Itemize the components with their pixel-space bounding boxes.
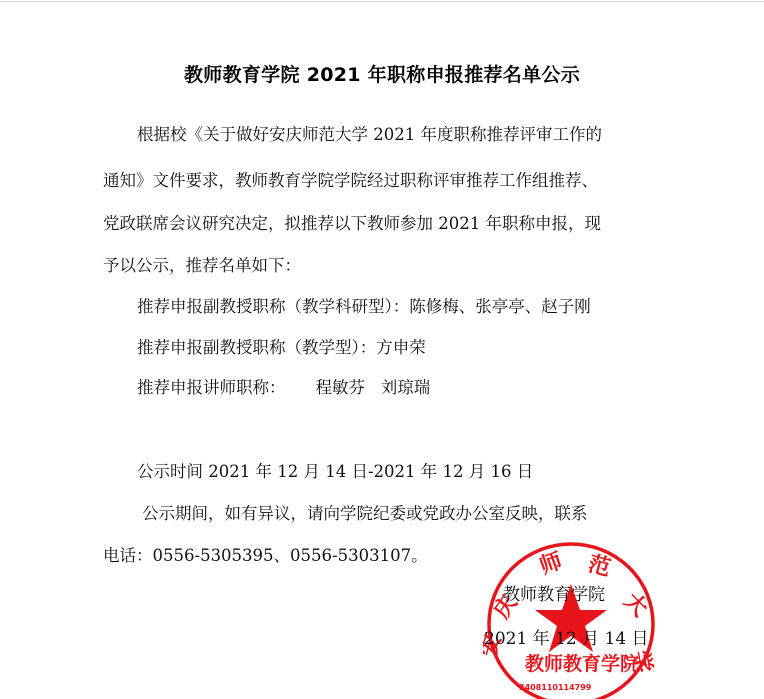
signature-date: 2021 年 12 月 14 日 [484,624,649,649]
contact-line-1: 公示期间，如有异议，请向学院纪委或党政办公室反映，联系 [142,500,588,524]
document-title: 教师教育学院 2021 年职称申报推荐名单公示 [0,60,764,87]
recommendation-category: 推荐申报讲师职称： [137,378,286,397]
official-seal-stamp: 庆 师 范 大 安 学 教师教育学院 3408110114799 [483,540,659,699]
publicity-period: 公示时间 2021 年 12 月 14 日-2021 年 12 月 16 日 [137,458,533,482]
intro-line-2: 通知》文件要求，教师教育学院学院经过职称评审推荐工作组推荐、 [103,167,598,191]
page-top-border [0,1,764,2]
recommendation-row-1: 推荐申报副教授职称（教学科研型）：陈修梅、张亭亭、赵子刚 [137,293,591,317]
recommendation-row-3: 推荐申报讲师职称：程敏芬 刘琼瑞 [137,374,430,398]
recommendation-row-2: 推荐申报副教授职称（教学型）：方申荣 [137,334,426,358]
recommendation-names: 陈修梅、张亭亭、赵子刚 [409,297,591,316]
svg-text:教师教育学院: 教师教育学院 [525,652,639,675]
recommendation-names: 方申荣 [376,338,426,357]
intro-line-1: 根据校《关于做好安庆师范大学 2021 年度职称推荐评审工作的 [137,121,602,145]
svg-text:师: 师 [537,549,566,580]
svg-text:3408110114799: 3408110114799 [519,683,592,692]
svg-text:范: 范 [585,552,613,582]
signature-org: 教师教育学院 [503,580,605,605]
recommendation-names: 程敏芬 刘琼瑞 [316,378,431,397]
intro-line-3: 党政联席会议研究决定，拟推荐以下教师参加 2021 年职称申报，现 [103,210,601,234]
recommendation-category: 推荐申报副教授职称（教学科研型）： [137,297,409,316]
contact-line-2: 电话：0556-5305395、0556-5303107。 [103,542,428,566]
recommendation-category: 推荐申报副教授职称（教学型）： [137,338,376,357]
intro-line-4: 予以公示，推荐名单如下： [103,252,301,276]
